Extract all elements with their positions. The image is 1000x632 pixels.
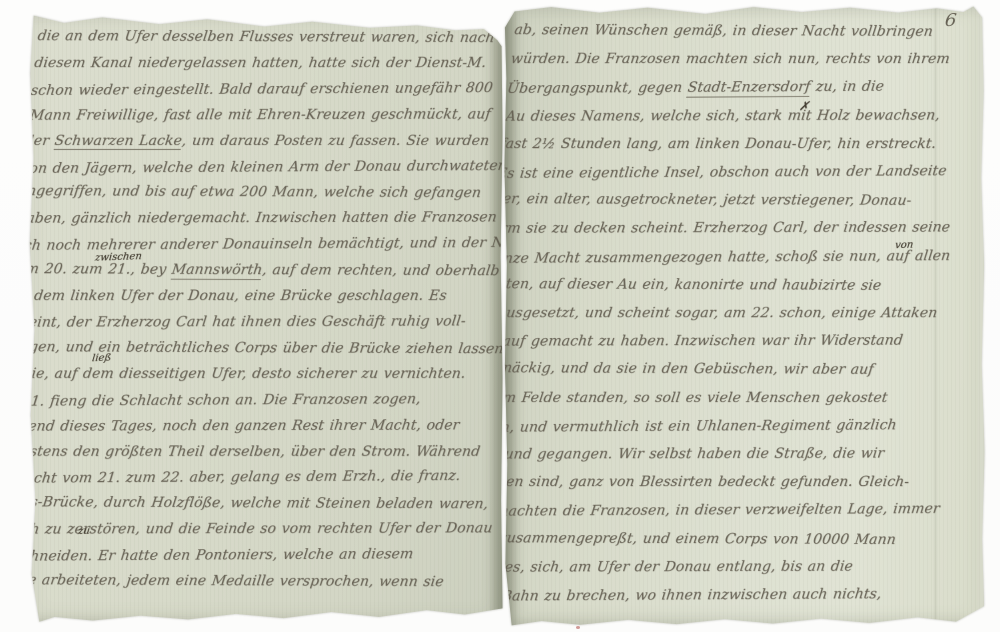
handwritten-line: Pontons-Brücke, durch Holzflöße, welche … <box>0 490 439 518</box>
underlined-word: Schwarzen Lacke <box>53 133 183 151</box>
handwritten-line: gänzlich zu zerstören, und die Feinde so… <box>0 517 438 544</box>
handwritten-line: Übergangspunkt, gegen Stadt-Enzersdorf z… <box>505 72 971 103</box>
handwritten-line: ganze Macht zusammengezogen hatte, schoß… <box>485 242 951 273</box>
ink-insertion-zu: zu <box>77 526 90 537</box>
handwritten-line: während dieses Tages, noch den ganzen Re… <box>0 413 450 440</box>
handwritten-line: abzuschneiden. Er hatte den Pontoniers, … <box>0 542 432 571</box>
handwritten-line: vom 20. zum 21., bey Mannswörth, auf dem… <box>7 257 467 285</box>
handwritten-line: schon wieder eingestellt. Bald darauf er… <box>29 76 489 105</box>
photographed-letter-scan: die an dem Ufer desselben Flusses verstr… <box>0 0 1000 632</box>
handwritten-line: darauf gemacht zu haben. Inzwischen war … <box>476 327 942 356</box>
handwritten-line: Es ist eine eigentliche Insel, obschon a… <box>495 157 961 188</box>
handwritten-line: Seiten, auf dieser Au ein, kanonirte und… <box>481 270 946 300</box>
handwritten-line: enger zusammengepreßt, und einem Corps v… <box>450 524 915 554</box>
handwritten-line: Werke arbeiteten, jedem eine Medaille ve… <box>0 568 429 596</box>
handwritten-line: arm sie zu decken scheint. Erzherzog Car… <box>490 214 956 243</box>
handwritten-line: die an dem Ufer desselben Flusses verstr… <box>36 24 496 52</box>
handwritten-line: sich noch mehrerer anderer Donauinseln b… <box>10 231 470 260</box>
right-page-handwriting: ab, seinen Wünschen gemäß, in dieser Nac… <box>443 17 978 609</box>
left-page-handwriting: die an dem Ufer desselben Flusses verstr… <box>0 25 496 595</box>
handwritten-line: her, ein alter, ausgetrockneter, jetzt v… <box>492 185 957 215</box>
handwritten-line: diesem Kanal niedergelassen hatten, hatt… <box>33 51 493 77</box>
handwritten-line: zu Grund gegangen. Wir selbst haben die … <box>463 439 929 468</box>
handwritten-line: wenigstens den größten Theil derselben, … <box>0 440 445 466</box>
handwritten-line: unausgesetzt, und scheint sogar, am 22. … <box>478 299 943 327</box>
handwritten-line: March, Bahn zu brechen, wo ihnen inzwisc… <box>443 580 909 611</box>
handwritten-line: bringen, und ein beträchtliches Corps üb… <box>0 335 458 363</box>
handwritten-line: gelang es, sich, am Ufer der Donau entla… <box>449 552 915 581</box>
ink-insertion-zwischen: zwischen <box>94 251 142 264</box>
handwritten-line: der Schwarzen Lacke, um daraus Posten zu… <box>23 129 483 155</box>
handwritten-line: scheint, der Erzherzog Carl hat ihnen di… <box>3 309 463 336</box>
handwritten-line: von den Jägern, welche den kleinen Arm d… <box>20 154 480 183</box>
handwritten-line: Am 21. fieng die Schlacht schon an. Die … <box>0 387 452 416</box>
letter-page-left: die an dem Ufer desselben Flusses verstr… <box>26 12 503 623</box>
handwritten-line: würden. Die Franzosen machten sich nun, … <box>509 45 974 73</box>
handwritten-line: freiem Felde standen, so soll es viele M… <box>468 384 933 412</box>
handwritten-line: gaben, gänzlich niedergemacht. Inzwische… <box>16 206 476 233</box>
ink-insertion-liess: ließ <box>91 353 111 365</box>
ink-correction-mark: ✗ <box>798 99 810 113</box>
handwritten-line: angegriffen, und bis auf etwa 200 Mann, … <box>17 179 477 207</box>
handwritten-line: fast 2½ Stunden lang, am linken Donau-Uf… <box>499 130 964 158</box>
letter-page-right: 6 ab, seinen Wünschen gemäß, in dieser N… <box>503 4 985 626</box>
handwritten-line: ab, seinen Wünschen gemäß, in dieser Nac… <box>513 16 978 46</box>
paper-sheet-right: 6 ab, seinen Wünschen gemäß, in dieser N… <box>503 4 985 626</box>
handwritten-line: gefahren sind, ganz von Blessirten bedec… <box>457 468 922 496</box>
red-speck-stain <box>576 626 580 629</box>
handwritten-line: der Nacht vom 21. zum 22. aber, gelang e… <box>0 464 442 493</box>
handwritten-line: auf dem linken Ufer der Donau, eine Brüc… <box>4 284 464 310</box>
paper-sheet-left: die an dem Ufer desselben Flusses verstr… <box>26 12 503 623</box>
handwritten-line: Mann Freiwillige, fast alle mit Ehren-Kr… <box>28 102 488 129</box>
ink-insertion-von: von <box>894 240 913 252</box>
handwritten-line: Au dieses Namens, welche sich, stark mit… <box>504 101 970 130</box>
underlined-word: Mannswörth <box>171 262 264 280</box>
underlined-word: Stadt-Enzersdorf <box>687 79 812 97</box>
handwritten-line: haben, und vermuthlich ist ein Uhlanen-R… <box>464 411 930 442</box>
handwritten-line: wohl machten die Franzosen, in dieser ve… <box>454 495 920 526</box>
handwritten-line: um sie, auf dem diesseitigen Ufer, desto… <box>0 362 455 388</box>
handwritten-line: hartnäckig, und da sie in den Gebüschen,… <box>471 354 936 384</box>
